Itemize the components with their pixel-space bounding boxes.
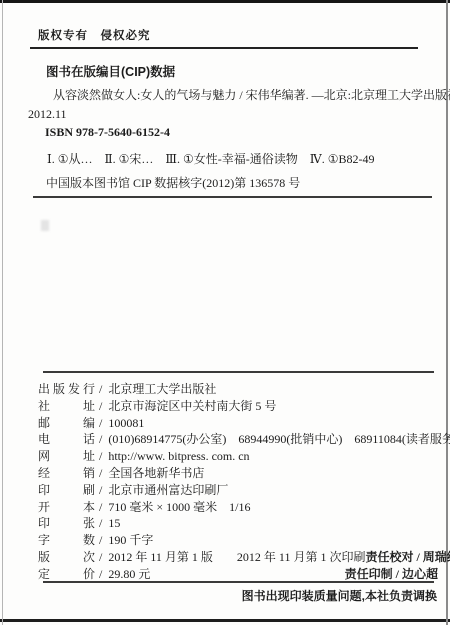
colophon-row-wordcount: 字 数/190 千字 xyxy=(38,532,438,549)
row-label: 邮 编 xyxy=(38,415,95,432)
row-label: 印 张 xyxy=(38,515,95,532)
row-label: 社 址 xyxy=(38,398,95,415)
colophon-row-distributor: 经 销/全国各地新华书店 xyxy=(38,465,438,482)
colophon-row-website: 网 址/http://www. bitpress. com. cn xyxy=(38,448,438,465)
row-label: 版 次 xyxy=(38,549,95,566)
row-separator: / xyxy=(99,516,102,530)
row-value: 100081 xyxy=(108,416,144,430)
edition-left: 版 次/2012 年 11 月第 1 版 2012 年 11 月第 1 次印刷 xyxy=(38,549,365,566)
colophon-row-sheets: 印 张/15 xyxy=(38,515,438,532)
row-separator: / xyxy=(99,399,102,413)
row-separator: / xyxy=(99,567,102,581)
row-value: http://www. bitpress. com. cn xyxy=(108,449,249,463)
row-label: 经 销 xyxy=(38,465,95,482)
row-separator: / xyxy=(99,416,102,430)
row-separator: / xyxy=(99,432,102,446)
row-label: 开 本 xyxy=(38,499,95,516)
row-separator: / xyxy=(99,533,102,547)
colophon-row-printer: 印 刷/北京市通州富达印刷厂 xyxy=(38,482,438,499)
colophon-row-format: 开 本/710 毫米 × 1000 毫米 1/16 xyxy=(38,499,438,516)
row-separator: / xyxy=(99,466,102,480)
row-label: 印 刷 xyxy=(38,482,95,499)
scan-edge-bottom xyxy=(0,619,450,622)
row-value: 190 千字 xyxy=(108,533,153,547)
row-separator: / xyxy=(99,382,102,396)
row-value: 710 毫米 × 1000 毫米 1/16 xyxy=(108,500,250,514)
row-separator: / xyxy=(99,483,102,497)
cip-rule xyxy=(33,196,432,198)
cip-date-line: 2012.11 xyxy=(28,107,67,122)
row-value: 2012 年 11 月第 1 版 2012 年 11 月第 1 次印刷 xyxy=(108,550,365,564)
scan-edge-left xyxy=(2,0,3,625)
colophon-row-publisher: 出版发行/北京理工大学出版社 xyxy=(38,381,438,398)
staff-proofreader: 责任校对 / 周瑞红 xyxy=(365,549,450,566)
row-value: 15 xyxy=(108,516,120,530)
colophon-row-phone: 电 话/(010)68914775(办公室) 68944990(批销中心) 68… xyxy=(38,431,438,448)
row-value: 北京市通州富达印刷厂 xyxy=(108,483,228,497)
row-value: 北京市海淀区中关村南大街 5 号 xyxy=(108,399,276,413)
row-value: (010)68914775(办公室) 68944990(批销中心) 689110… xyxy=(108,432,450,446)
row-separator: / xyxy=(99,500,102,514)
footer-rule xyxy=(43,581,434,583)
row-label: 字 数 xyxy=(38,532,95,549)
header-rule xyxy=(30,47,418,49)
cip-title-line: 从容淡然做女人:女人的气场与魅力 / 宋伟华编著. —北京:北京理工大学出版社, xyxy=(53,86,450,103)
row-label: 出版发行 xyxy=(38,381,95,398)
copyright-page: 版权专有 侵权必究 图书在版编目(CIP)数据 从容淡然做女人:女人的气场与魅力… xyxy=(0,0,450,625)
scan-edge-top xyxy=(0,0,450,3)
copyright-notice: 版权专有 侵权必究 xyxy=(38,27,151,43)
cip-heading: 图书在版编目(CIP)数据 xyxy=(46,62,175,80)
row-value: 29.80 元 xyxy=(108,567,150,581)
colophon: 出版发行/北京理工大学出版社 社 址/北京市海淀区中关村南大街 5 号 邮 编/… xyxy=(38,381,438,583)
row-value: 北京理工大学出版社 xyxy=(108,382,216,396)
row-label: 电 话 xyxy=(38,431,95,448)
colophon-row-address: 社 址/北京市海淀区中关村南大街 5 号 xyxy=(38,398,438,415)
cip-registry: 中国版本图书馆 CIP 数据核字(2012)第 136578 号 xyxy=(46,174,300,191)
scan-smudge xyxy=(41,220,49,231)
colophon-top-rule xyxy=(43,371,434,373)
colophon-row-postcode: 邮 编/100081 xyxy=(38,415,438,432)
row-value: 全国各地新华书店 xyxy=(108,466,204,480)
quality-note: 图书出现印装质量问题,本社负责调换 xyxy=(242,587,437,604)
cip-classification: Ⅰ. ①从… Ⅱ. ①宋… Ⅲ. ①女性-幸福-通俗读物 Ⅳ. ①B82-49 xyxy=(47,150,374,167)
row-label: 网 址 xyxy=(38,448,95,465)
colophon-row-edition: 版 次/2012 年 11 月第 1 版 2012 年 11 月第 1 次印刷 … xyxy=(38,549,438,566)
row-separator: / xyxy=(99,449,102,463)
isbn-line: ISBN 978-7-5640-6152-4 xyxy=(45,125,170,140)
row-separator: / xyxy=(99,550,102,564)
